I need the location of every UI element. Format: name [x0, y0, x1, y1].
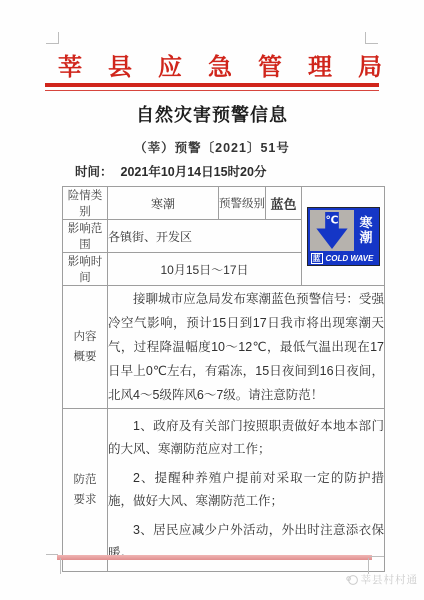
issue-time-value: 2021年10月14日15时20分 [121, 165, 267, 179]
document-number: （莘）预警〔2021〕51号 [0, 138, 424, 156]
cold-wave-warning-icon: ℃ 寒 潮 蓝 COLD WAVE [307, 207, 380, 266]
issue-time: 时间：2021年10月14日15时20分 [75, 162, 266, 180]
cold-wave-icon-top: ℃ 寒 潮 [308, 208, 379, 251]
issue-time-label: 时间： [75, 165, 113, 179]
crop-mark-bottom-left-v [60, 558, 61, 574]
document-page: 莘 县 应 急 管 理 局 自然灾害预警信息 （莘）预警〔2021〕51号 时间… [0, 0, 424, 600]
org-title-char: 应 [158, 47, 182, 82]
cold-wave-char: 潮 [359, 230, 372, 245]
document-title: 自然灾害预警信息 [0, 101, 424, 127]
crop-mark-bottom-right [370, 556, 384, 557]
crop-mark-top-left-v [58, 32, 59, 44]
crop-mark-bottom-left [46, 554, 58, 555]
org-title-char: 理 [308, 47, 332, 82]
org-title-char: 莘 [58, 47, 82, 82]
level-blue-badge: 蓝 [311, 253, 323, 264]
cold-wave-char: 寒 [359, 215, 372, 230]
summary-label-line2: 概要 [63, 347, 107, 367]
org-title-char: 局 [358, 47, 382, 82]
warning-level-value: 蓝色 [266, 187, 302, 220]
watermark-text: 莘县村村通 [361, 572, 419, 587]
org-title-char: 管 [258, 47, 282, 82]
cold-wave-icon-bottom-bar: 蓝 COLD WAVE [308, 251, 379, 265]
letterhead-rule-thick [45, 83, 379, 87]
table-row: 险情类别 寒潮 预警级别 蓝色 ℃ 寒 潮 [63, 187, 385, 220]
summary-text: 接聊城市应急局发布寒潮蓝色预警信号：受强冷空气影响，预计15日到17日我市将出现… [108, 287, 384, 407]
affected-period-value: 10月15日～17日 [108, 253, 302, 286]
crop-mark-top-right-v [365, 32, 366, 44]
down-arrow-icon: ℃ [310, 210, 354, 251]
affected-scope-label: 影响范围 [63, 220, 108, 253]
risk-category-value: 寒潮 [108, 187, 219, 220]
affected-period-label: 影响时间 [63, 253, 108, 286]
cold-wave-en-label: COLD WAVE [326, 254, 374, 263]
org-title-char: 县 [108, 47, 132, 82]
summary-label-line1: 内容 [63, 327, 107, 347]
cold-wave-name-strip: 寒 潮 [354, 208, 379, 251]
warning-level-label: 预警级别 [219, 187, 266, 220]
watermark-logo-icon [346, 574, 358, 586]
risk-category-label: 险情类别 [63, 187, 108, 220]
org-title: 莘 县 应 急 管 理 局 [58, 50, 382, 78]
measures-label-line2: 要求 [63, 490, 107, 510]
celsius-symbol: ℃ [325, 215, 338, 227]
cold-wave-arrow-pictogram: ℃ [310, 210, 354, 251]
letterhead-rule-thin [45, 90, 379, 91]
measure-item-2: 2、提醒种养殖户提前对采取一定的防护措施，做好大风、寒潮防范工作； [108, 467, 384, 513]
measures-label-line1: 防范 [63, 470, 107, 490]
cold-wave-sign-cell: ℃ 寒 潮 蓝 COLD WAVE [302, 187, 385, 286]
affected-scope-value: 各镇街、开发区 [108, 220, 302, 253]
measures-cell: 1、政府及有关部门按照职责做好本地本部门的大风、寒潮防范应对工作； 2、提醒种养… [108, 409, 385, 572]
crop-mark-top-right [365, 43, 378, 44]
org-title-char: 急 [208, 47, 232, 82]
warning-table: 险情类别 寒潮 预警级别 蓝色 ℃ 寒 潮 [62, 186, 385, 572]
table-row: 内容 概要 接聊城市应急局发布寒潮蓝色预警信号：受强冷空气影响，预计15日到17… [63, 286, 385, 409]
summary-cell: 接聊城市应急局发布寒潮蓝色预警信号：受强冷空气影响，预计15日到17日我市将出现… [108, 286, 385, 409]
watermark: 莘县村村通 [346, 572, 419, 587]
footer-divider-line [57, 555, 372, 560]
measure-item-1: 1、政府及有关部门按照职责做好本地本部门的大风、寒潮防范应对工作； [108, 415, 384, 461]
table-row: 防范 要求 1、政府及有关部门按照职责做好本地本部门的大风、寒潮防范应对工作； … [63, 409, 385, 572]
measures-label: 防范 要求 [63, 409, 108, 572]
summary-label: 内容 概要 [63, 286, 108, 409]
